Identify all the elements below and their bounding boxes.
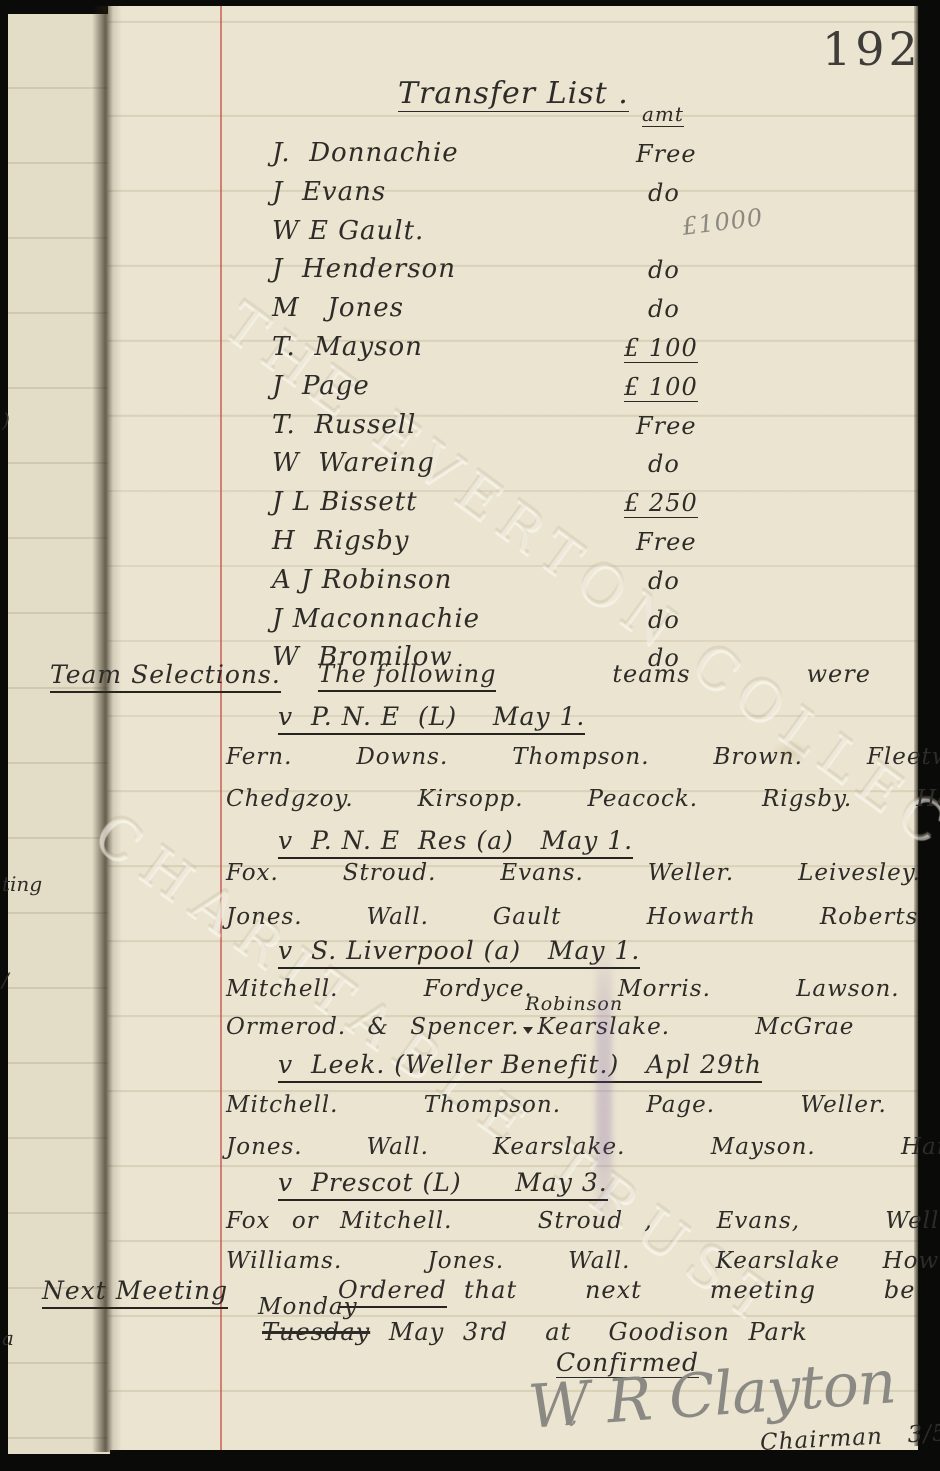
transfer-amount: Free — [636, 412, 697, 440]
team-line: Fox or Mitchell. Stroud , Evans, Weller … — [226, 1208, 940, 1234]
team-line: Jones. Wall. Kearslake. Mayson. Harrison — [226, 1134, 940, 1160]
team-line-part: Ormerod. & Spencer. — [226, 1014, 519, 1040]
match-heading-text: v S. Liverpool (a) May 1. — [278, 936, 640, 969]
facing-page-text-fragment: a — [2, 1326, 14, 1350]
team-line-with-insertion: Ormerod. & Spencer.RobinsonKearslake. Mc… — [226, 1014, 940, 1040]
transfer-amount: £ 100 — [624, 334, 698, 363]
intro-underlined: The following — [318, 660, 496, 692]
team-line: Jones. Wall. Gault Howarth Roberts Res M… — [226, 904, 940, 930]
intro-rest — [496, 660, 612, 688]
transfer-amount: do — [648, 256, 680, 284]
player-name: A J Robinson — [272, 565, 452, 595]
match-heading: v P. N. E (L) May 1. — [278, 702, 585, 731]
player-name: W Wareing — [272, 448, 435, 478]
transfer-amount: do — [648, 567, 680, 595]
intro-rest-text: teams were selected . — [612, 660, 940, 688]
margin-heading-team-selections: Team Selections. — [50, 660, 281, 689]
next-meeting-line1-rest — [447, 1276, 464, 1304]
match-heading: v Prescot (L) May 3. — [278, 1168, 608, 1197]
page-title-text: Transfer List . — [398, 76, 629, 112]
next-meeting-line1: Ordered that next meeting be held on — [338, 1276, 940, 1304]
player-name: T. Mayson — [272, 332, 423, 362]
red-margin-rule — [220, 6, 222, 1450]
player-name: J. Donnachie — [272, 138, 459, 168]
transfer-amount: Free — [636, 528, 697, 556]
transfer-amount: Free — [636, 140, 697, 168]
transfer-amount: do — [648, 606, 680, 634]
insertion: Robinson — [519, 1014, 537, 1040]
match-heading: v S. Liverpool (a) May 1. — [278, 936, 640, 965]
player-name: M Jones — [272, 293, 404, 323]
transfer-amount: do — [648, 295, 680, 323]
player-name: W E Gault. — [272, 216, 424, 246]
player-name: H Rigsby — [272, 526, 409, 556]
player-name: J Henderson — [272, 254, 456, 284]
insertion-caret — [523, 1027, 533, 1034]
team-line: Fern. Downs. Thompson. Brown. Fleetwood.… — [226, 744, 940, 770]
match-heading-text: v Leek. (Weller Benefit.) Apl 29th — [278, 1050, 762, 1083]
book-gutter-shadow — [92, 6, 122, 1452]
facing-page-text-fragment: ting — [2, 872, 42, 896]
next-meeting-line2: MondayTuesday May 3rd at Goodison Park — [262, 1318, 808, 1346]
facing-page-text-fragment: ) — [2, 408, 10, 432]
meeting-day: MondayTuesday — [262, 1318, 370, 1346]
margin-heading-text: Next Meeting — [42, 1276, 228, 1309]
match-heading-text: v P. N. E (L) May 1. — [278, 702, 585, 735]
transfer-amount: do — [648, 450, 680, 478]
next-meeting-line1-text: that next meeting be held on — [464, 1276, 940, 1304]
page-number: 192 — [822, 22, 922, 76]
day-tuesday-struck: Tuesday — [262, 1318, 370, 1346]
player-name: J L Bissett — [272, 487, 418, 517]
team-line: Fox. Stroud. Evans. Weller. Leivesley. W… — [226, 860, 940, 886]
amount-column-header-text: amt — [642, 102, 684, 127]
scanned-minute-book-page: { "page_number": "192", "title": "Transf… — [0, 0, 940, 1471]
match-heading: v Leek. (Weller Benefit.) Apl 29th — [278, 1050, 762, 1079]
player-name: T. Russell — [272, 410, 416, 440]
match-heading: v P. N. E Res (a) May 1. — [278, 826, 633, 855]
team-selections-intro: The following teams were selected . — [318, 660, 940, 688]
transfer-amount: £ 250 — [624, 489, 698, 518]
page-title: Transfer List . — [398, 76, 629, 111]
margin-heading-next-meeting: Next Meeting — [42, 1276, 228, 1305]
paper-stain — [770, 740, 810, 766]
player-name: J Maconnachie — [272, 604, 480, 634]
margin-heading-text: Team Selections. — [50, 660, 281, 693]
transfer-amount: £ 100 — [624, 373, 698, 402]
match-heading-text: v P. N. E Res (a) May 1. — [278, 826, 633, 859]
day-monday-inserted: Monday — [258, 1294, 358, 1320]
facing-page-text-fragment: / — [2, 968, 9, 992]
team-line: Mitchell. Thompson. Page. Weller. Leives… — [226, 1092, 940, 1118]
match-heading-text: v Prescot (L) May 3. — [278, 1168, 608, 1201]
team-line: Chedgzoy. Kirsopp. Peacock. Rigsby. Harr… — [226, 786, 940, 812]
next-meeting-line2-text: May 3rd at Goodison Park — [370, 1318, 808, 1346]
purple-ink-smudge — [596, 940, 612, 1230]
amount-column-header: amt — [642, 102, 684, 126]
team-line: Williams. Jones. Wall. Kearslake Howarth… — [226, 1248, 940, 1274]
player-name: J Evans — [272, 177, 386, 207]
transfer-amount: do — [648, 179, 680, 207]
player-name: J Page — [272, 371, 370, 401]
